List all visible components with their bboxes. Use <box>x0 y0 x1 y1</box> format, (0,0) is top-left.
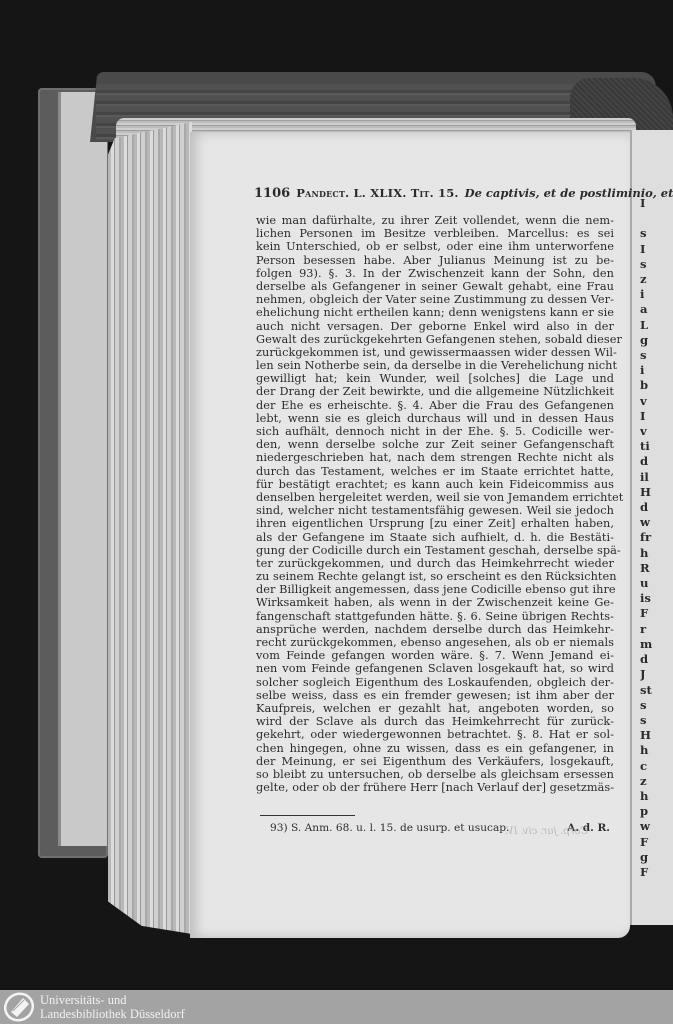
text-line: als der Gefangene im Staate sich aufhiel… <box>256 531 614 544</box>
page-stack-fore-edge <box>108 122 192 934</box>
text-line: der Billigkeit angemessen, dass jene Cod… <box>256 583 614 596</box>
text-line: sind, welcher nicht testamentsfähig gewe… <box>256 504 614 517</box>
text-line: Gewalt des zurückgekehrten Gefangenen st… <box>256 333 614 346</box>
text-line: auch nicht versagen. Der geborne Enkel w… <box>256 320 614 333</box>
text-line: wird der Sclave als durch das Heimkehrre… <box>256 715 614 728</box>
text-line: für bestätigt erachtet; es kann auch kei… <box>256 478 614 491</box>
text-line: folgen 93). §. 3. In der Zwischenzeit ka… <box>256 267 614 280</box>
text-line: zu seinem Rechte gelangt ist, so erschei… <box>256 570 614 583</box>
text-line: ihren eigentlichen Ursprung [zu einer Ze… <box>256 517 614 530</box>
text-line: zurückgekommen ist, und gewissermaassen … <box>256 346 614 359</box>
text-line: denselben hergeleitet werden, weil sie v… <box>256 491 614 504</box>
text-line: solcher sogleich Eigenthum des Loskaufen… <box>256 676 614 689</box>
body-text: wie man dafürhalte, zu ihrer Zeit vollen… <box>256 214 614 794</box>
text-line: vom Feinde gefangen worden wäre. §. 7. W… <box>256 649 614 662</box>
text-line: fangenschaft stattgefunden hätte. §. 6. … <box>256 610 614 623</box>
text-line: gekehrt, oder wiedergewonnen betrachtet.… <box>256 728 614 741</box>
footnote-rule <box>260 815 355 816</box>
text-line: kein Unterschied, ob er selbst, oder ein… <box>256 240 614 253</box>
library-name-line2: Landesbibliothek Düsseldorf <box>40 1007 185 1021</box>
text-line: ehelichung nicht ertheilen kann; denn we… <box>256 306 614 319</box>
text-line: len sein Notherbe sein, da derselbe in d… <box>256 359 614 372</box>
text-line: so bleibt zu untersuchen, ob derselbe al… <box>256 768 614 781</box>
text-line: der Meinung, er sei Eigenthum des Verkäu… <box>256 755 614 768</box>
text-line: Kaufpreis, welchen er gezahlt hat, angeb… <box>256 702 614 715</box>
book-scan: I s I s z i a L g s i b v I v ti d il H … <box>0 0 673 990</box>
text-line: ansprüche werden, nachdem derselbe durch… <box>256 623 614 636</box>
text-line: ter zurückgekommen, und durch das Heimke… <box>256 557 614 570</box>
running-title: De captivis, et de postliminio, etc. <box>465 186 673 200</box>
text-line: nehmen, obgleich der Vater seine Zustimm… <box>256 293 614 306</box>
text-line: gelte, oder ob der frühere Herr [nach Ve… <box>256 781 614 794</box>
text-line: lebt, wenn sie es gleich durchaus will u… <box>256 412 614 425</box>
endpaper-edge <box>58 92 107 846</box>
section-reference: Pandect. L. XLIX. Tit. 15. <box>296 186 458 200</box>
library-name: Universitäts- und Landesbibliothek Düsse… <box>40 993 185 1021</box>
text-line: nen vom Feinde gefangenen Sclaven losgek… <box>256 662 614 675</box>
facing-page-text: I s I s z i a L g s i b v I v ti d il H … <box>640 196 673 880</box>
text-line: derselbe als Gefangener in seiner Gewalt… <box>256 280 614 293</box>
text-line: chen hingegen, ohne zu wissen, dass es e… <box>256 742 614 755</box>
library-footer-bar: Universitäts- und Landesbibliothek Düsse… <box>0 990 673 1024</box>
page-number: 1106 <box>254 186 290 201</box>
text-line: sich aufhält, dennoch nicht in der Ehe. … <box>256 425 614 438</box>
text-line: der Drang der Zeit bewirkte, und die all… <box>256 385 614 398</box>
running-head: 1106 Pandect. L. XLIX. Tit. 15. De capti… <box>254 186 616 201</box>
library-name-line1: Universitäts- und <box>40 993 185 1007</box>
text-line: gung der Codicille durch ein Testament g… <box>256 544 614 557</box>
text-line: lichen Personen im Besitze verbleiben. M… <box>256 227 614 240</box>
footnote-text: 93) S. Anm. 68. u. l. 15. de usurp. et u… <box>270 822 509 834</box>
bleed-through-text: Corp. jur. civ. IV. <box>505 826 588 837</box>
text-line: Person besessen habe. Aber Julianus Mein… <box>256 254 614 267</box>
text-line: selbe weiss, dass es ein fremder gewesen… <box>256 689 614 702</box>
text-line: niedergeschrieben hat, nach dem strengen… <box>256 451 614 464</box>
text-line: den, wenn derselbe solche zur Zeit seine… <box>256 438 614 451</box>
text-line: wie man dafürhalte, zu ihrer Zeit vollen… <box>256 214 614 227</box>
text-line: gewilligt hat; kein Wunder, weil [solche… <box>256 372 614 385</box>
book-logo-icon <box>3 992 35 1022</box>
text-line: durch das Testament, welches er im Staat… <box>256 465 614 478</box>
text-line: recht zurückgekommen, ebenso angesehen, … <box>256 636 614 649</box>
text-line: Wirksamkeit haben, als wenn in der Zwisc… <box>256 596 614 609</box>
text-line: der Ehe es erheischte. §. 4. Aber die Fr… <box>256 399 614 412</box>
